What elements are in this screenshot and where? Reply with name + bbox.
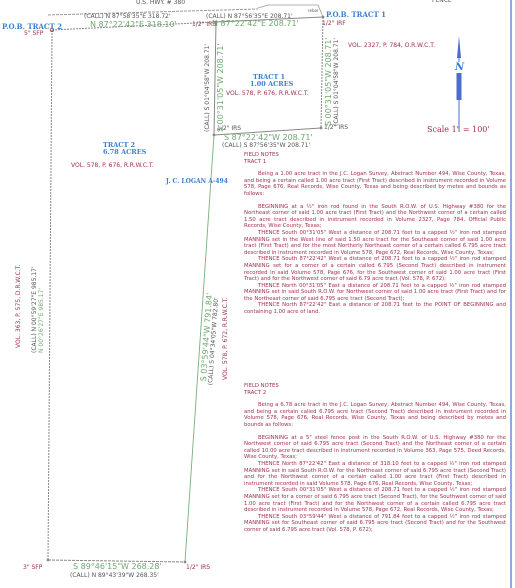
tract1-south-call: (CALL) S 87°56'35"W 208.71' [222,142,310,149]
scale-label: Scale 1" = 100' [427,125,490,134]
field-notes-heading: FIELD NOTES [244,383,506,390]
tract2-se-marker: 1/2" IRS [186,564,210,571]
field-notes-paragraph: Being a 6.78 acre tract in the J.C. Loga… [244,402,506,428]
tract1-south-measured: S 87°22'42"W 208.71' [224,133,313,142]
tract1-west-measured: S 00°31'05"W 208.71' [216,43,225,132]
field-notes-paragraph: THENCE South 00°31'05" West a distance o… [244,487,506,513]
tract1-vol: VOL. 578, P. 676, R.R.W.C.T. [226,90,309,97]
survey-label: J. C. LOGAN A-494 [166,178,228,185]
north-arrow-icon [452,36,466,132]
field-notes-heading: FIELD NOTES [244,152,506,159]
tract1-west-call: (CALL) S 01°04'58"W 208.71' [204,44,211,132]
pob-tract1-marker: 1/2" IRF [322,20,346,27]
field-notes-paragraph: THENCE North 00°31'05" East a distance o… [244,283,506,303]
north-line-tract1-measured: N 87°22'42"E 208.71' [212,19,299,28]
fence-label: FENCE [432,0,452,4]
tract2-west-vol: VOL. 363, P. 575, D.R.W.C.T. [15,265,22,348]
tract1-se-marker: 1/2" IRS [324,124,348,131]
tract2-sw-marker: 3" SFP [23,564,42,571]
road-label: U.S. HWY. # 380 [136,0,185,6]
field-notes-tract2: FIELD NOTES TRACT 2 Being a 6.78 acre tr… [244,383,506,533]
north-arrow-letter: N [455,62,464,73]
field-notes-paragraph: BEGINNING at a 5" steel fence post in th… [244,435,506,461]
field-notes-paragraph: THENCE North 87°22'42" East a distance o… [244,461,506,487]
pob-tract1-label: P.O.B. TRACT 1 [326,10,386,19]
field-notes-subheading: TRACT 2 [244,390,506,397]
tract1-sw-marker: 1/2" IRS [217,125,241,132]
adjoiner-east-vol: VOL. 2327, P. 784, O.R.W.C.T. [348,42,435,49]
field-notes-paragraph: BEGINNING at a ½" iron rod found in the … [244,204,506,230]
tract1-east-call: (CALL) S 01°04'58"W 208.71' [333,38,340,126]
tract1-acres: 1.00 ACRES [250,80,293,88]
tract2-south-measured: S 89°46'15"W 268.28' [73,562,162,571]
field-notes-paragraph: Being a 1.00 acre tract in the J.C. Loga… [244,171,506,197]
north-line-tract2-call: (CALL) N 87°58'35"E 318.72' [84,13,171,20]
field-notes-paragraph: THENCE South 00°31'05" West a distance o… [244,230,506,256]
field-notes-subheading: TRACT 1 [244,159,506,166]
field-notes-paragraph: THENCE South 03°59'44" West a distance o… [244,514,506,534]
tract1-east-measured: S 00°31'05"W 208.71' [324,37,333,126]
field-notes-tract1: FIELD NOTES TRACT 1 Being a 1.00 acre tr… [244,152,506,316]
north-line-tract2-measured: N 87°22'42"E 318.10' [90,20,177,29]
tract2-east-vol: VOL. 578, P. 672, R.R.W.C.T. [222,297,229,380]
tract2-acres: 6.78 ACRES [103,148,146,156]
pob-tract2-marker: 5" SFP [24,30,43,37]
tract2-west-call: (CALL) N 00°59'27"E 985.17' [31,266,38,353]
tract2-south-call: (CALL) N 89°43'39"W 268.35' [70,572,159,579]
field-notes-paragraph: THENCE North 87°22'42" East a distance o… [244,302,506,315]
tract2-vol: VOL. 578, P. 676, R.R.W.C.T. [71,162,154,169]
field-notes-paragraph: THENCE South 87°22'42" West a distance o… [244,256,506,282]
tract2-west-measured: N 00°26'27"E 985.17' [38,288,45,353]
rebar-note: rebar [308,8,319,13]
